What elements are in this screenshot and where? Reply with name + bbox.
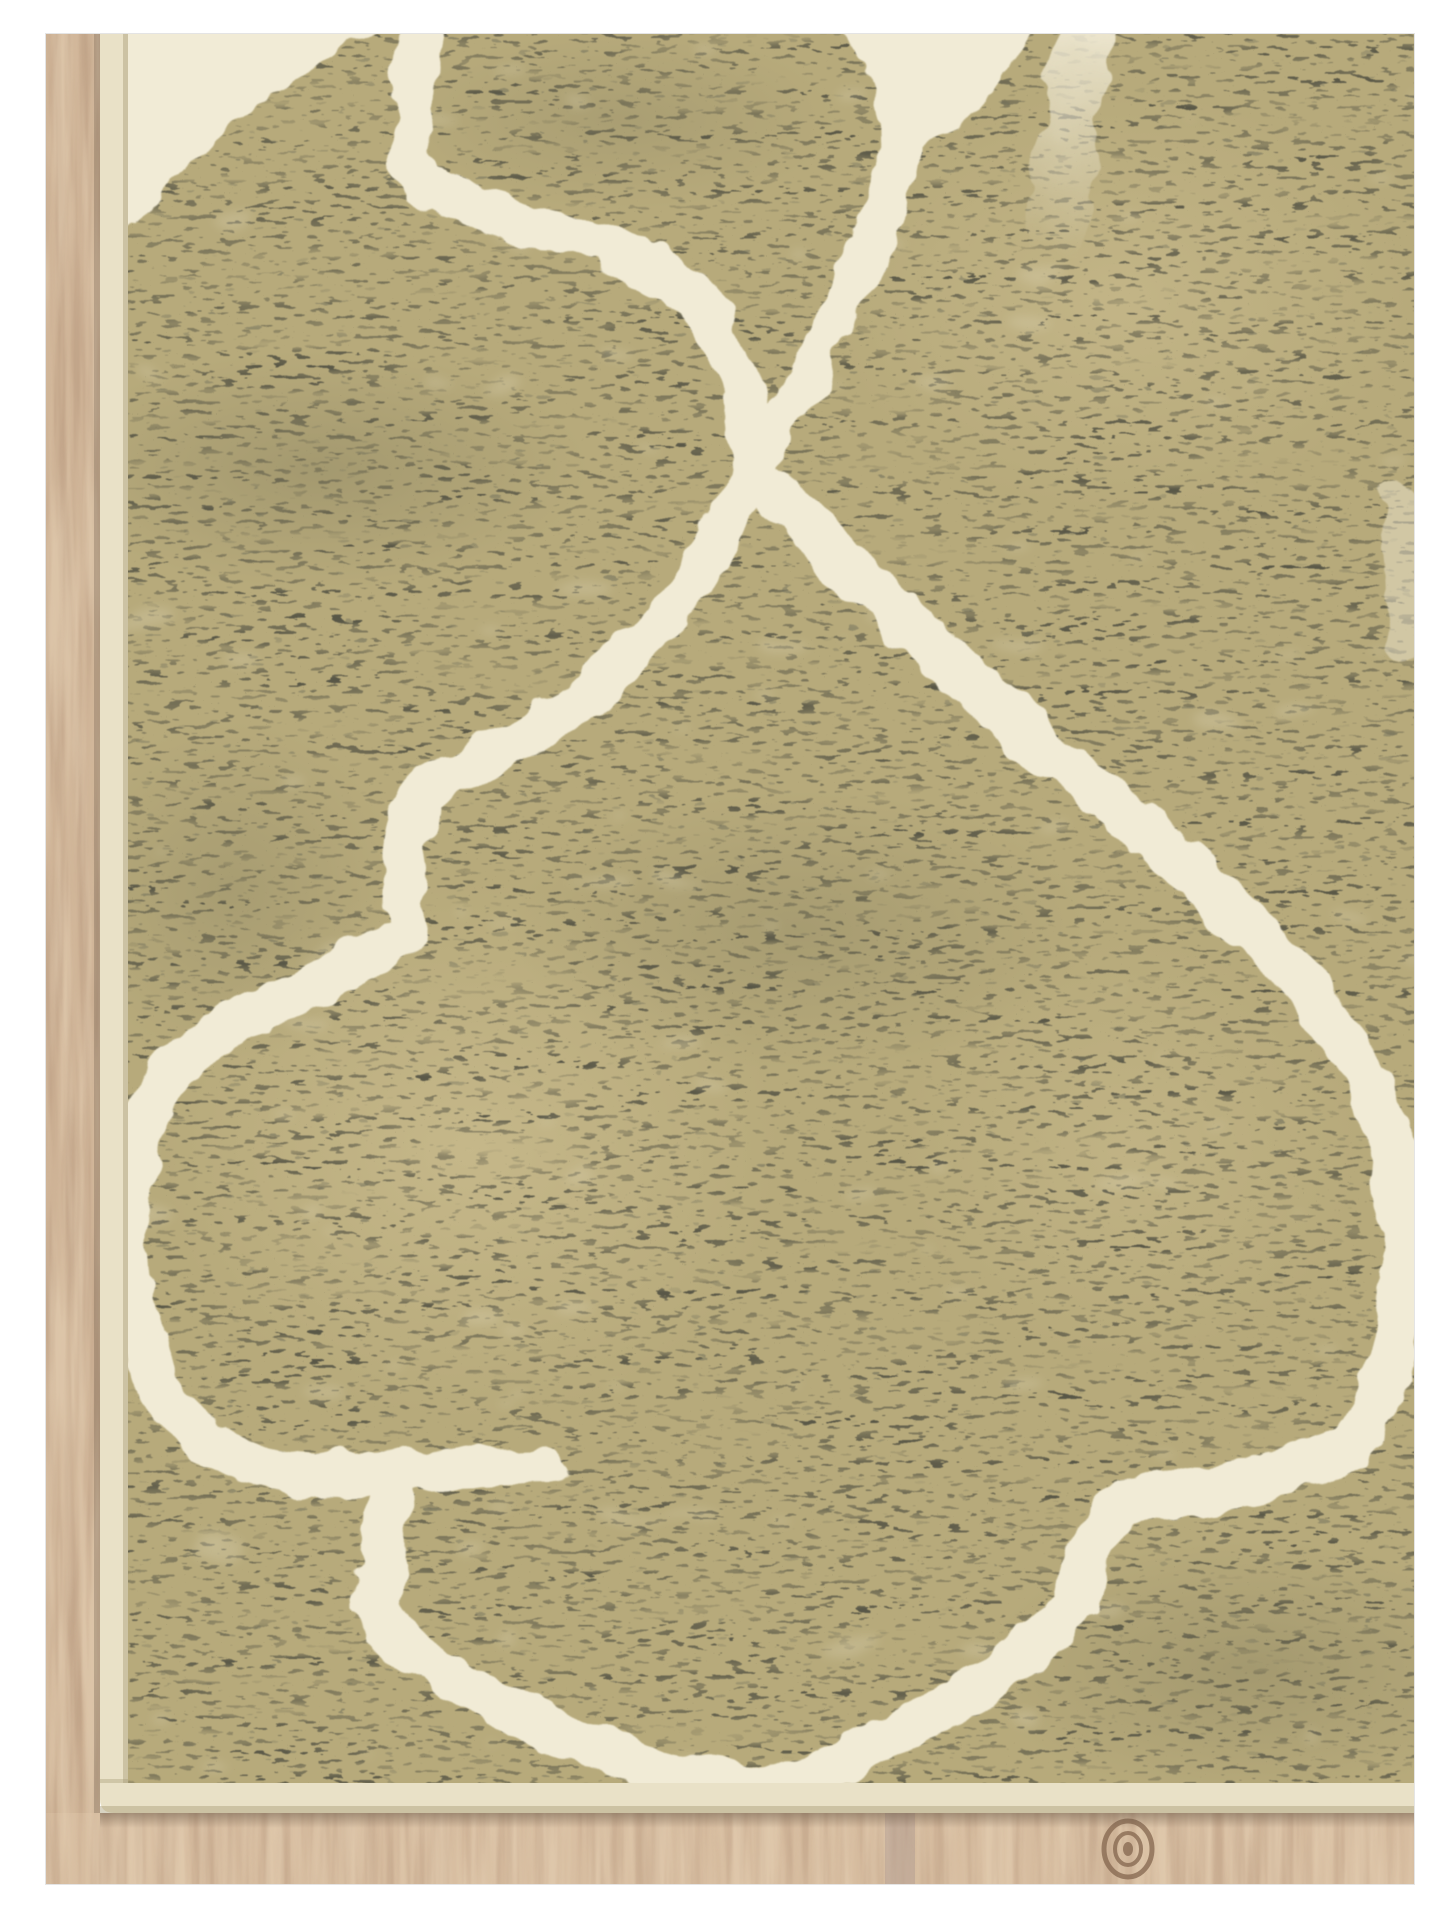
- rug-field: [50, 20, 1445, 1800]
- area-rug: [50, 20, 1445, 1813]
- wood-left-grain-highlight: [45, 33, 100, 1885]
- rug-binding-edge-line: [100, 1806, 1415, 1813]
- photo-content: [45, 20, 1445, 1885]
- rug-photo: [0, 0, 1445, 1927]
- rug-binding-seam-left: [123, 33, 128, 1783]
- wood-floor-left: [45, 33, 100, 1885]
- trellis-band-faint-right-edge: [1398, 500, 1407, 648]
- wood-knot-core: [1123, 1842, 1133, 1856]
- trellis-band-faded-top: [1058, 22, 1090, 242]
- rug-product-photo-page: [0, 0, 1445, 1927]
- rug-bottom-shadow: [100, 1813, 1415, 1828]
- trellis-band-cusp-nub: [398, 1466, 548, 1470]
- rug-left-shadow: [94, 33, 100, 1813]
